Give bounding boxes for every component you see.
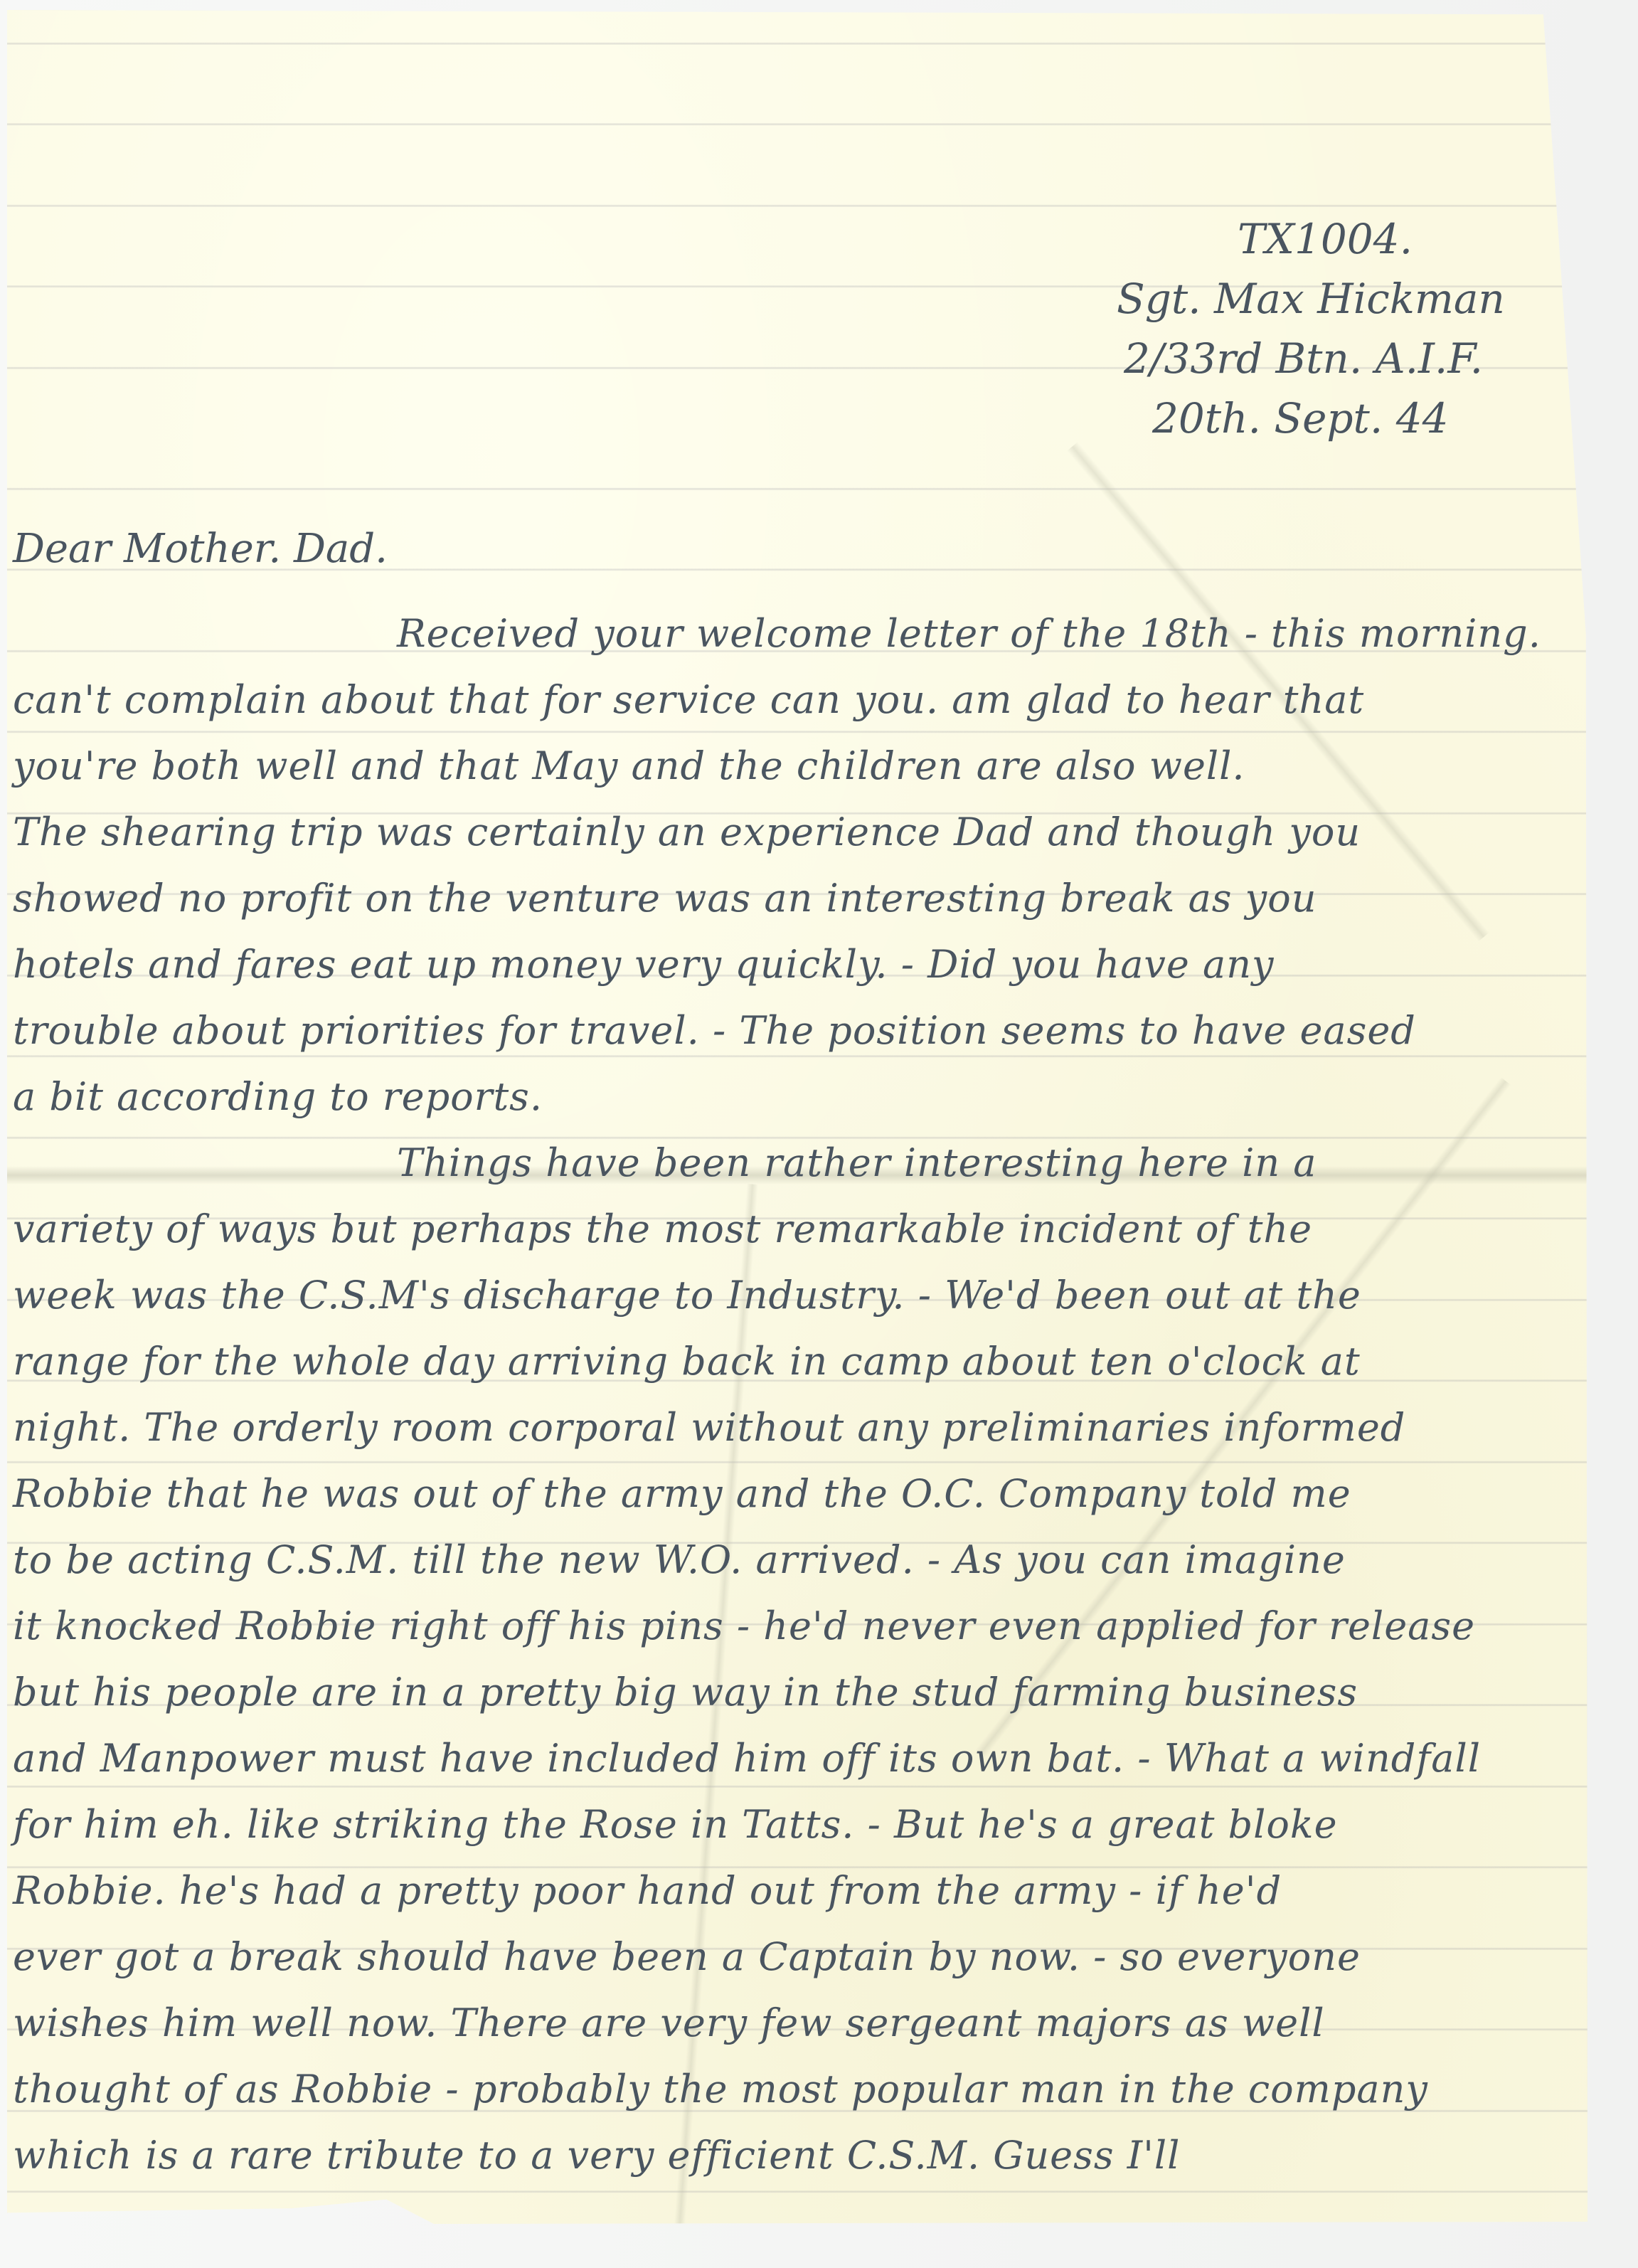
letter-line: ever got a break should have been a Capt…	[13, 1924, 1578, 1990]
letter-line: wishes him well now. There are very few …	[13, 1990, 1578, 2056]
letter-line: Robbie that he was out of the army and t…	[13, 1461, 1578, 1527]
letter-line: but his people are in a pretty big way i…	[13, 1659, 1578, 1725]
letter-line: thought of as Robbie - probably the most…	[13, 2056, 1578, 2122]
letter-line: to be acting C.S.M. till the new W.O. ar…	[13, 1527, 1578, 1593]
sender-address-block: TX1004. Sgt. Max Hickman 2/33rd Btn. A.I…	[1102, 209, 1543, 448]
sender-name: Sgt. Max Hickman	[1102, 269, 1543, 329]
letter-line: it knocked Robbie right off his pins - h…	[13, 1593, 1578, 1659]
letter-line: you're both well and that May and the ch…	[13, 733, 1578, 799]
letter-line: and Manpower must have included him off …	[13, 1725, 1578, 1791]
letter-line: can't complain about that for service ca…	[13, 667, 1578, 733]
sender-unit: 2/33rd Btn. A.I.F.	[1102, 329, 1543, 388]
letter-line: Things have been rather interesting here…	[13, 1130, 1578, 1196]
letter-line: range for the whole day arriving back in…	[13, 1328, 1578, 1394]
service-number: TX1004.	[1102, 209, 1543, 269]
letter-line: The shearing trip was certainly an exper…	[13, 799, 1578, 865]
letter-page: TX1004. Sgt. Max Hickman 2/33rd Btn. A.I…	[7, 10, 1588, 2240]
letter-line: showed no profit on the venture was an i…	[13, 865, 1578, 931]
salutation: Dear Mother. Dad.	[13, 526, 388, 572]
letter-line: for him eh. like striking the Rose in Ta…	[13, 1791, 1578, 1858]
letter-line: a bit according to reports.	[13, 1064, 1578, 1130]
letter-line: variety of ways but perhaps the most rem…	[13, 1196, 1578, 1262]
letter-line: Robbie. he's had a pretty poor hand out …	[13, 1858, 1578, 1924]
letter-line: trouble about priorities for travel. - T…	[13, 997, 1578, 1064]
letter-date: 20th. Sept. 44	[1102, 388, 1543, 448]
letter-line: Received your welcome letter of the 18th…	[13, 600, 1578, 667]
letter-line: hotels and fares eat up money very quick…	[13, 931, 1578, 997]
letter-line: which is a rare tribute to a very effici…	[13, 2122, 1578, 2188]
letter-line: night. The orderly room corporal without…	[13, 1394, 1578, 1461]
letter-body: Received your welcome letter of the 18th…	[13, 600, 1578, 2188]
letter-line: week was the C.S.M's discharge to Indust…	[13, 1262, 1578, 1328]
